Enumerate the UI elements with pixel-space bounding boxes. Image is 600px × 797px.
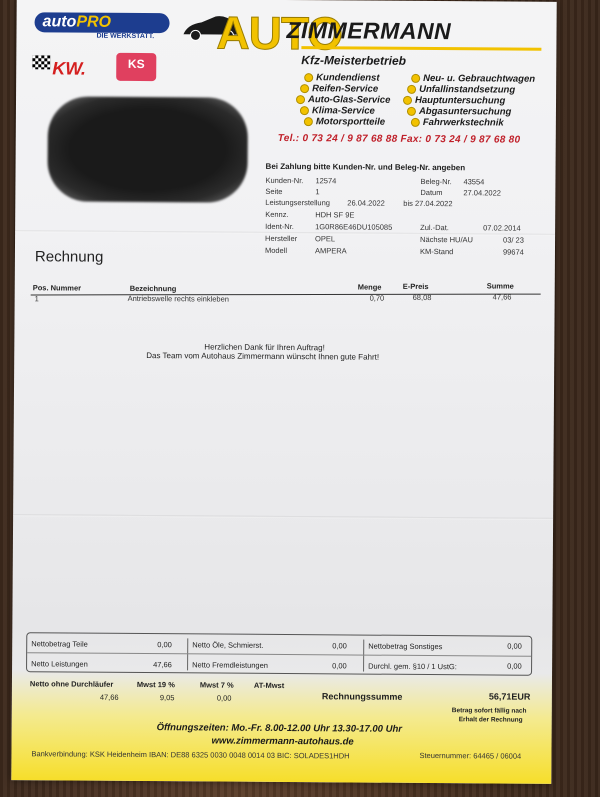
bullet-icon (300, 106, 309, 115)
hersteller-value: OPEL (315, 234, 335, 243)
zul-label: Zul.-Dat. (420, 223, 449, 232)
netto-teile-label: Nettobetrag Teile (31, 639, 88, 648)
service-item: Auto-Glas-Service (296, 94, 390, 106)
due-note-1: Betrag sofort fällig nach (452, 707, 527, 715)
hersteller-label: Hersteller (265, 234, 297, 243)
bullet-icon (411, 74, 420, 83)
autopro-part1: auto (43, 13, 77, 31)
services-left: Kundendienst Reifen-Service Auto-Glas-Se… (304, 72, 391, 128)
netto-sonstiges-value: 0,00 (507, 642, 522, 651)
col-bezeichnung: Bezeichnung (130, 284, 177, 293)
modell-label: Modell (265, 246, 287, 255)
km-label: KM-Stand (420, 247, 453, 256)
modell-value: AMPERA (315, 246, 347, 255)
ks-logo: KS (116, 53, 156, 81)
service-label: Klima-Service (312, 105, 375, 116)
netto-leistungen-value: 47,66 (153, 660, 172, 669)
leistung-bis: bis 27.04.2022 (403, 199, 452, 208)
bullet-icon (403, 96, 412, 105)
service-label: Reifen-Service (312, 83, 378, 94)
phone-fax-line: Tel.: 0 73 24 / 9 87 68 88 Fax: 0 73 24 … (278, 133, 521, 146)
row-summe: 47,66 (493, 292, 512, 301)
service-item: Abgasuntersuchung (407, 106, 535, 118)
datum-value: 27.04.2022 (463, 188, 501, 197)
due-note-2: Erhalt der Rechnung (459, 716, 523, 723)
service-label: Motorsportteile (316, 116, 385, 127)
redacted-address (47, 96, 248, 202)
row-menge: 0,70 (370, 294, 385, 303)
ident-value: 1G0R86E46DU105085 (315, 222, 392, 232)
col-pos: Pos. Nummer (33, 283, 81, 292)
row-pos: 1 (35, 294, 39, 303)
km-value: 99674 (503, 248, 524, 257)
netto-oele-value: 0,00 (332, 641, 347, 650)
service-label: Hauptuntersuchung (415, 95, 505, 107)
durchlaeufer-label: Durchl. gem. §10 / 1 UstG: (368, 662, 457, 672)
col-epreis: E-Preis (403, 282, 429, 291)
ohne-durchl-value: 47,66 (100, 693, 119, 702)
service-label: Neu- u. Gebrauchtwagen (423, 73, 535, 85)
beleg-nr-value: 43554 (463, 177, 484, 186)
ident-label: Ident-Nr. (265, 222, 294, 231)
bullet-icon (411, 118, 420, 127)
autopro-tagline: DIE WERKSTATT. (96, 33, 154, 40)
row-epreis: 68,08 (413, 293, 432, 302)
totals-box: Nettobetrag Teile 0,00 Netto Öle, Schmie… (26, 632, 532, 676)
service-item: Klima-Service (300, 105, 390, 117)
col-menge: Menge (358, 283, 382, 292)
invoice-paper: autoPRO DIE WERKSTATT. KW. KS AUTO ZIMME… (11, 0, 556, 784)
mwst7-label: Mwst 7 % (200, 680, 234, 689)
ohne-durchl-label: Netto ohne Durchläufer (30, 679, 113, 689)
kennz-value: HDH SF 9E (315, 210, 354, 219)
service-label: Abgasuntersuchung (419, 106, 511, 118)
mwst19-value: 9,05 (160, 693, 175, 702)
datum-label: Datum (420, 188, 442, 197)
service-label: Fahrwerkstechnik (423, 117, 504, 129)
table-header-line (31, 294, 541, 296)
mwst19-label: Mwst 19 % (137, 680, 175, 689)
service-item: Hauptuntersuchung (403, 95, 535, 107)
netto-sonstiges-label: Nettobetrag Sonstiges (368, 642, 442, 652)
service-item: Reifen-Service (300, 83, 390, 95)
kunden-nr-label: Kunden-Nr. (265, 176, 303, 185)
col-summe: Summe (487, 281, 514, 290)
rechnungssumme-label: Rechnungssumme (322, 691, 403, 702)
hu-label: Nächste HU/AU (420, 235, 473, 244)
beleg-nr-label: Beleg-Nr. (420, 177, 451, 186)
kennz-label: Kennz. (265, 210, 288, 219)
invoice-title: Rechnung (35, 248, 104, 265)
checkered-flag-icon (32, 55, 50, 69)
netto-fremd-value: 0,00 (332, 661, 347, 670)
opening-hours: Öffnungszeiten: Mo.-Fr. 8.00-12.00 Uhr 1… (157, 722, 402, 735)
autopro-logo: autoPRO (34, 12, 169, 33)
bullet-icon (300, 84, 309, 93)
bullet-icon (407, 85, 416, 94)
service-item: Unfallinstandsetzung (407, 84, 535, 96)
service-item: Kundendienst (304, 72, 390, 84)
seite-value: 1 (315, 187, 319, 196)
leistung-from: 26.04.2022 (347, 198, 385, 207)
company-name: ZIMMERMANN (286, 17, 451, 45)
durchlaeufer-value: 0,00 (507, 662, 522, 671)
tax-number: Steuernummer: 64465 / 06004 (419, 751, 521, 761)
company-subtitle: Kfz-Meisterbetrieb (301, 53, 406, 68)
paper-fold (13, 514, 553, 520)
zul-value: 07.02.2014 (483, 223, 521, 232)
bullet-icon (304, 73, 313, 82)
seite-label: Seite (265, 187, 282, 196)
service-item: Fahrwerkstechnik (411, 117, 535, 129)
service-label: Unfallinstandsetzung (419, 84, 515, 96)
bullet-icon (407, 107, 416, 116)
service-label: Kundendienst (316, 72, 379, 83)
bullet-icon (304, 117, 313, 126)
divider (27, 652, 531, 657)
netto-leistungen-label: Netto Leistungen (31, 659, 88, 668)
rechnungssumme-value: 56,71EUR (489, 691, 531, 701)
hu-value: 03/ 23 (503, 236, 524, 245)
service-item: Neu- u. Gebrauchtwagen (411, 73, 535, 85)
netto-oele-label: Netto Öle, Schmierst. (192, 640, 263, 649)
row-bezeichnung: Antriebswelle rechts einkleben (128, 294, 229, 304)
payment-note: Bei Zahlung bitte Kunden-Nr. und Beleg-N… (266, 162, 466, 172)
bullet-icon (296, 95, 305, 104)
services-right: Neu- u. Gebrauchtwagen Unfallinstandsetz… (411, 73, 535, 129)
leistung-label: Leistungserstellung (265, 198, 330, 207)
mwst7-value: 0,00 (217, 694, 232, 703)
thanks-line-2: Das Team vom Autohaus Zimmermann wünscht… (146, 351, 379, 362)
website[interactable]: www.zimmermann-autohaus.de (212, 736, 354, 748)
kunden-nr-value: 12574 (315, 176, 336, 185)
atmwst-label: AT-Mwst (254, 681, 284, 690)
service-item: Motorsportteile (304, 116, 390, 128)
netto-teile-value: 0,00 (157, 640, 172, 649)
autopro-part2: PRO (76, 14, 111, 32)
netto-fremd-label: Netto Fremdleistungen (192, 660, 268, 670)
service-label: Auto-Glas-Service (308, 94, 390, 106)
kw-logo: KW. (52, 58, 86, 79)
